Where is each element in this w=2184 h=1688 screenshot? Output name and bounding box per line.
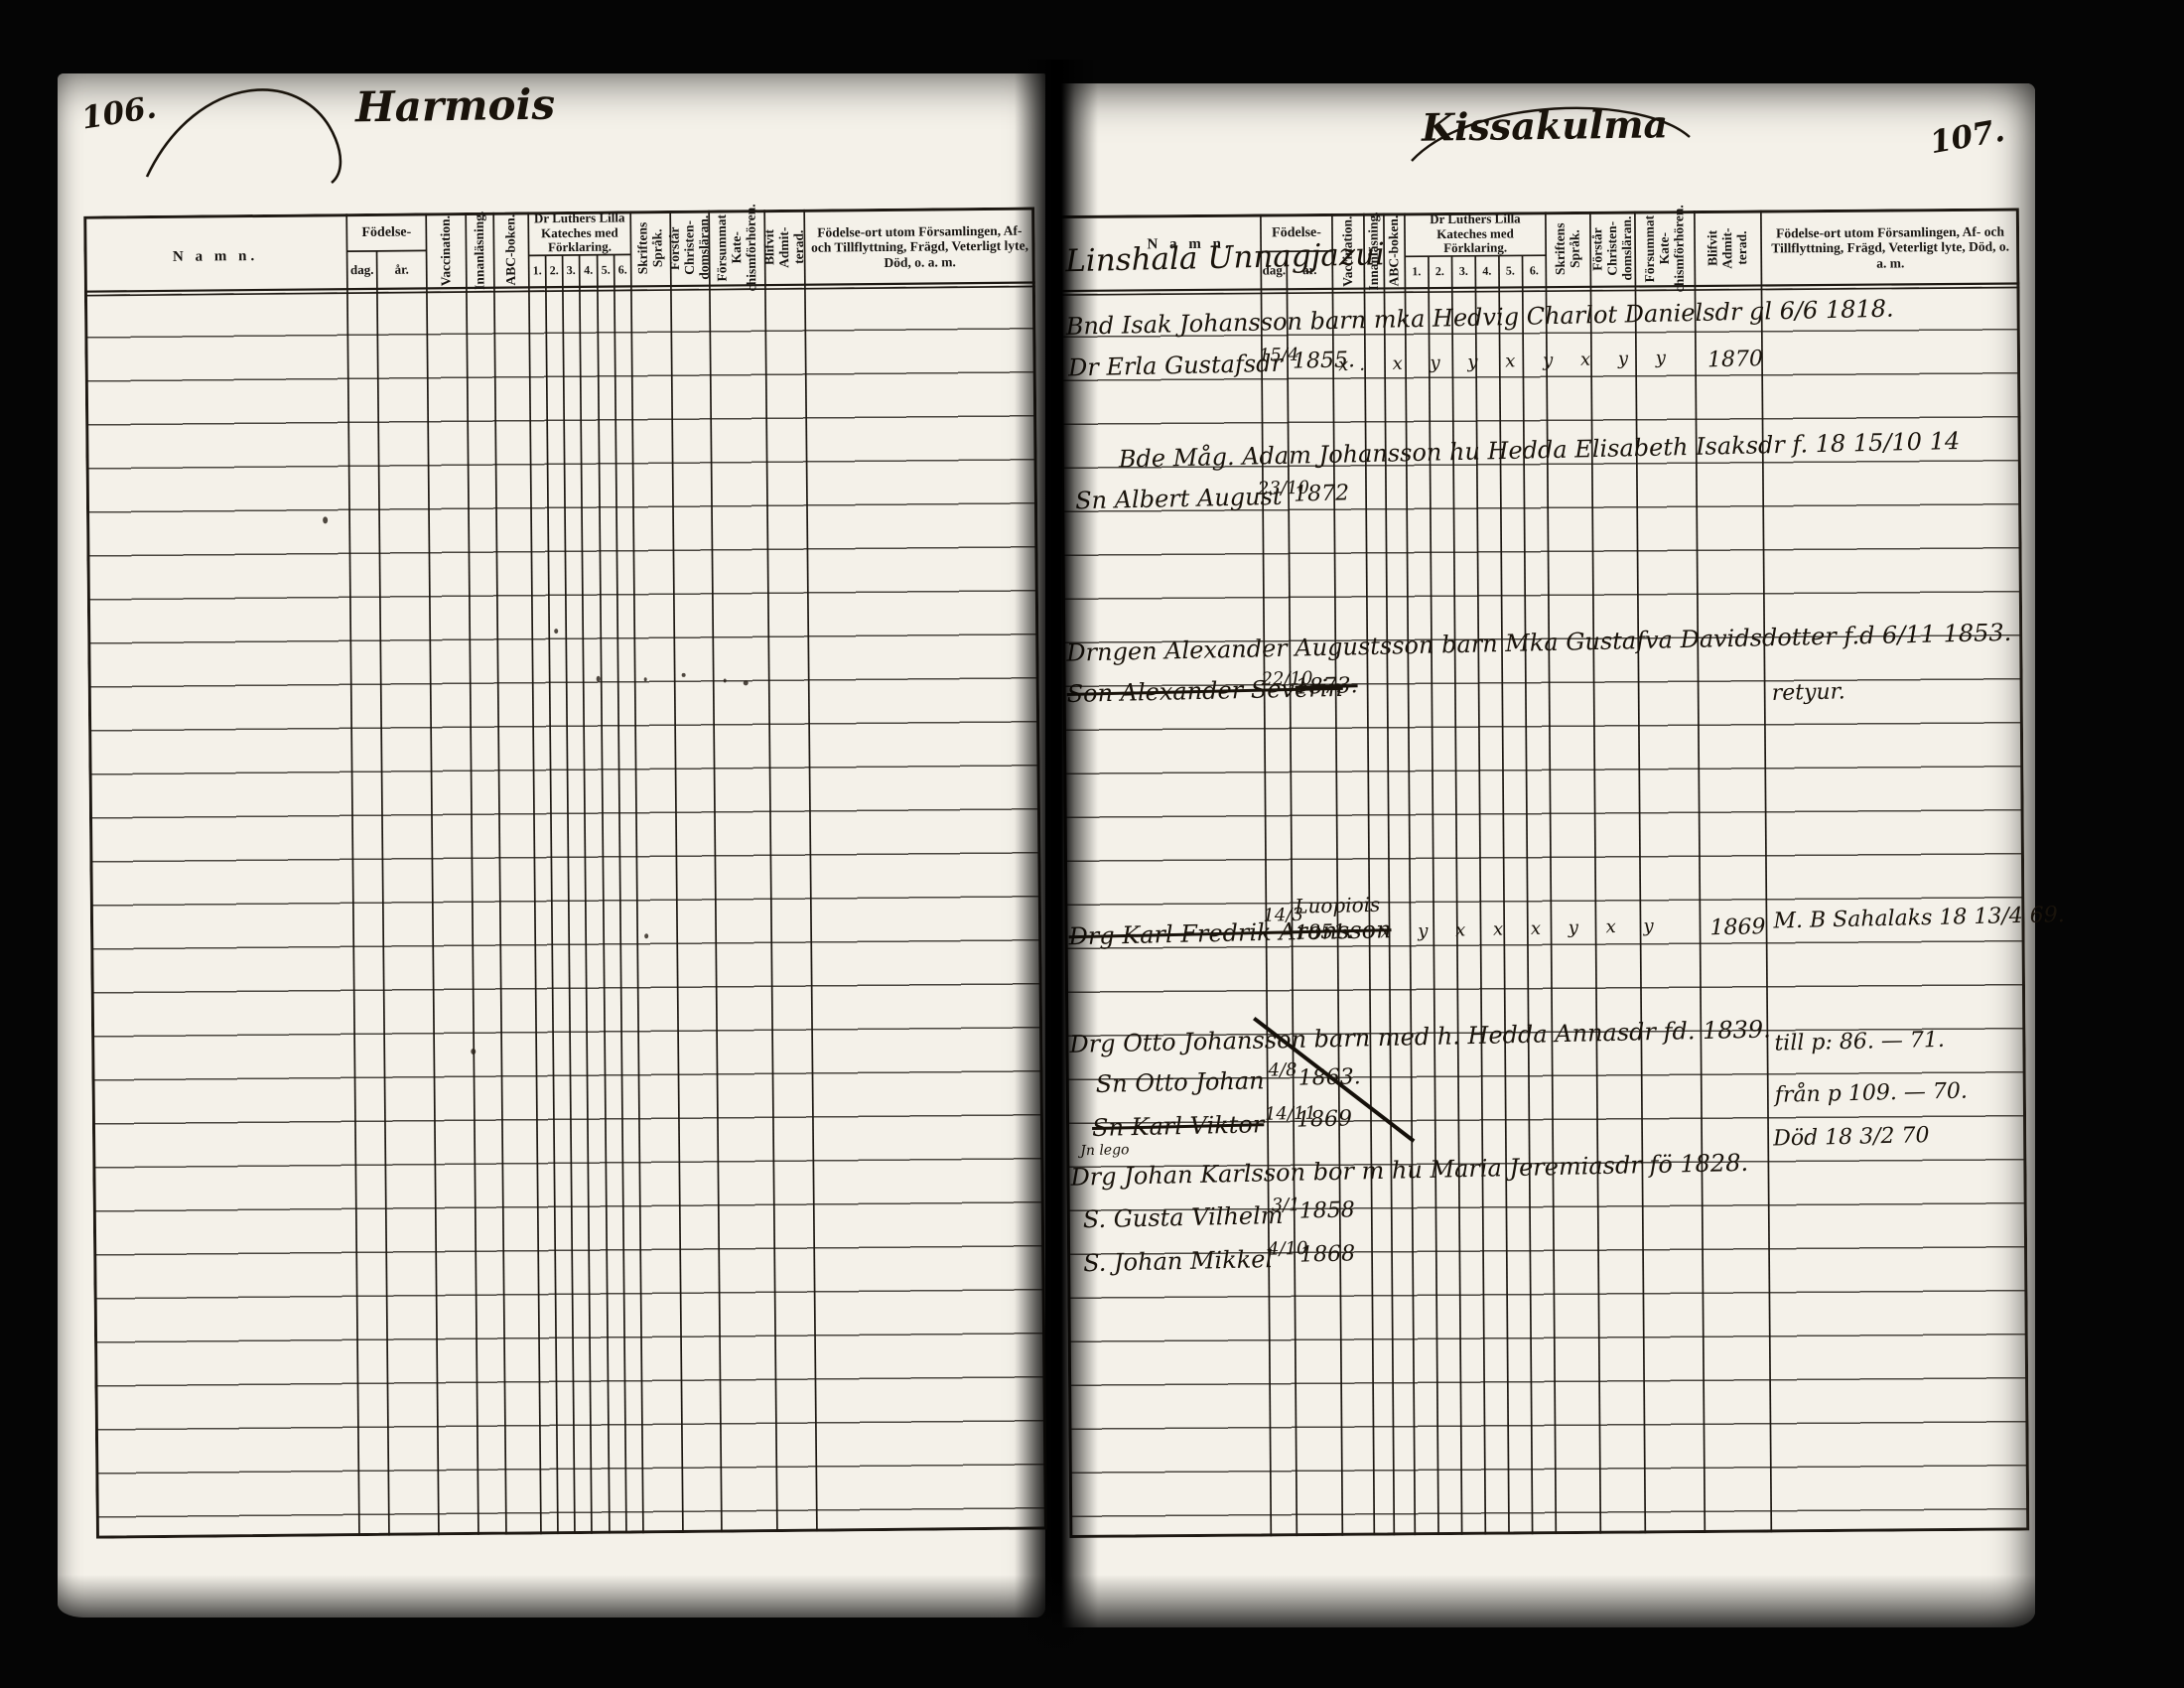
scanned-parish-register: { "document": { "type": "Historical Swed… <box>0 0 2184 1688</box>
entry-note: till p: 86. — 71. <box>1774 1028 1945 1056</box>
entry-birth-day: 4/8 <box>1268 1059 1297 1081</box>
table-grid <box>1059 208 2029 1538</box>
ink-speck <box>471 1049 476 1055</box>
col-header-k5: 5. <box>1498 255 1522 287</box>
left-register-table: N a m n. Födelse- dag. år. Vaccination. … <box>83 208 1047 1539</box>
col-header-notes: Födelse-ort utom Församlingen, Af- och T… <box>1765 213 2016 281</box>
entry-name: Dr Erla Gustafsdr <box>1068 350 1283 382</box>
col-header-k5: 5. <box>598 255 614 287</box>
entry-birth-year: 1858 <box>1298 1197 1355 1223</box>
col-header-k6: 6. <box>1522 255 1546 287</box>
col-header-innanlasning: Innanläsning. <box>466 214 494 286</box>
ink-speck <box>554 629 558 633</box>
col-header-forstar: Förstår Christen- domsläran. <box>1590 212 1636 284</box>
entry-name: Sn Otto Johan <box>1095 1066 1264 1098</box>
ink-speck <box>597 676 601 682</box>
col-header-k6: 6. <box>614 254 631 286</box>
entry-name: Sn Karl Viktor <box>1092 1110 1265 1142</box>
entry-birth-year: 1868 <box>1299 1241 1356 1267</box>
col-header-k2: 2. <box>546 255 563 287</box>
entry-birth-year: 1869 <box>1297 1106 1353 1132</box>
entry-name: Sn Albert August <box>1075 483 1283 515</box>
ink-speck <box>644 933 648 938</box>
col-header-abc-boken: ABC-boken. <box>493 213 529 285</box>
col-header-k1: 1. <box>529 255 546 287</box>
col-header-k1: 1. <box>1405 256 1428 288</box>
entry-note: Död 18 3/2 70 <box>1773 1123 1930 1151</box>
col-header-blifvit: Blifvit Admit- terad. <box>1695 211 1762 284</box>
col-header-kateches: Dr Luthers Lilla Kateches med Förklaring… <box>1407 213 1544 254</box>
entry-birth-year: 1873. <box>1295 673 1358 699</box>
col-header-k3: 3. <box>1451 256 1475 288</box>
entry-annotation: Jn lego <box>1080 1142 1130 1159</box>
entry-birth-day: 3/1 <box>1271 1195 1299 1216</box>
pen-flourish <box>1392 91 1719 181</box>
ink-speck <box>682 673 686 677</box>
table-grid <box>83 208 1047 1539</box>
col-header-forstar: Förstår Christen- domsläran. <box>670 212 710 284</box>
left-page: 106. Harmois <box>58 73 1045 1618</box>
col-header-forsummat: Försummat Kate- chismförhören. <box>1635 212 1696 284</box>
col-header-ar: år. <box>377 252 427 286</box>
ink-speck <box>644 677 647 681</box>
col-header-k4: 4. <box>580 255 598 287</box>
col-header-kateches: Dr Luthers Lilla Kateches med Förklaring… <box>530 212 628 253</box>
entry-birth-year: 1872 <box>1294 481 1350 506</box>
entry-note: från p 109. — 70. <box>1775 1079 1968 1108</box>
entry-admitted-year: 1869 <box>1709 914 1766 940</box>
ink-speck <box>724 679 727 683</box>
col-header-notes: Födelse-ort utom Församlingen, Af- och T… <box>808 213 1031 281</box>
col-header-vaccination: Vaccination. <box>426 214 467 286</box>
entry-admitted-year: 1870 <box>1707 347 1764 372</box>
col-header-fodelse: Födelse- <box>346 216 426 249</box>
col-header-blifvit: Blifvit Admit- terad. <box>764 211 805 283</box>
right-page: Kissakulma 107. <box>1054 83 2035 1627</box>
col-header-namn: N a m n. <box>83 231 346 284</box>
col-header-k3: 3. <box>563 255 580 287</box>
right-register-table: N a m n. Födelse- dag. år. Vaccination. … <box>1059 208 2029 1538</box>
col-header-k2: 2. <box>1428 256 1451 288</box>
col-header-skriftens: Skriftens Språk. <box>630 212 671 284</box>
col-header-skriftens: Skriftens Språk. <box>1546 213 1591 285</box>
col-header-k4: 4. <box>1475 256 1498 288</box>
right-page-number: 107. <box>1927 113 2007 162</box>
ink-speck <box>323 516 328 523</box>
farm-heading: Linshala Unnagjazui <box>1065 236 1385 279</box>
left-page-title: Harmois <box>355 80 556 132</box>
col-header-dag: dag. <box>347 253 377 287</box>
ink-speck <box>744 680 749 685</box>
col-header-forsummat: Försummat Kate- chismförhören. <box>709 211 765 284</box>
col-header-abc-boken: ABC-boken. <box>1384 214 1406 286</box>
entry-birth-year: 1863. <box>1297 1064 1361 1090</box>
entry-name: S. Gusta Vilhelm <box>1083 1201 1284 1233</box>
entry-note: retyur. <box>1771 679 1845 706</box>
entry-name: S. Johan Mikkel <box>1083 1245 1274 1277</box>
